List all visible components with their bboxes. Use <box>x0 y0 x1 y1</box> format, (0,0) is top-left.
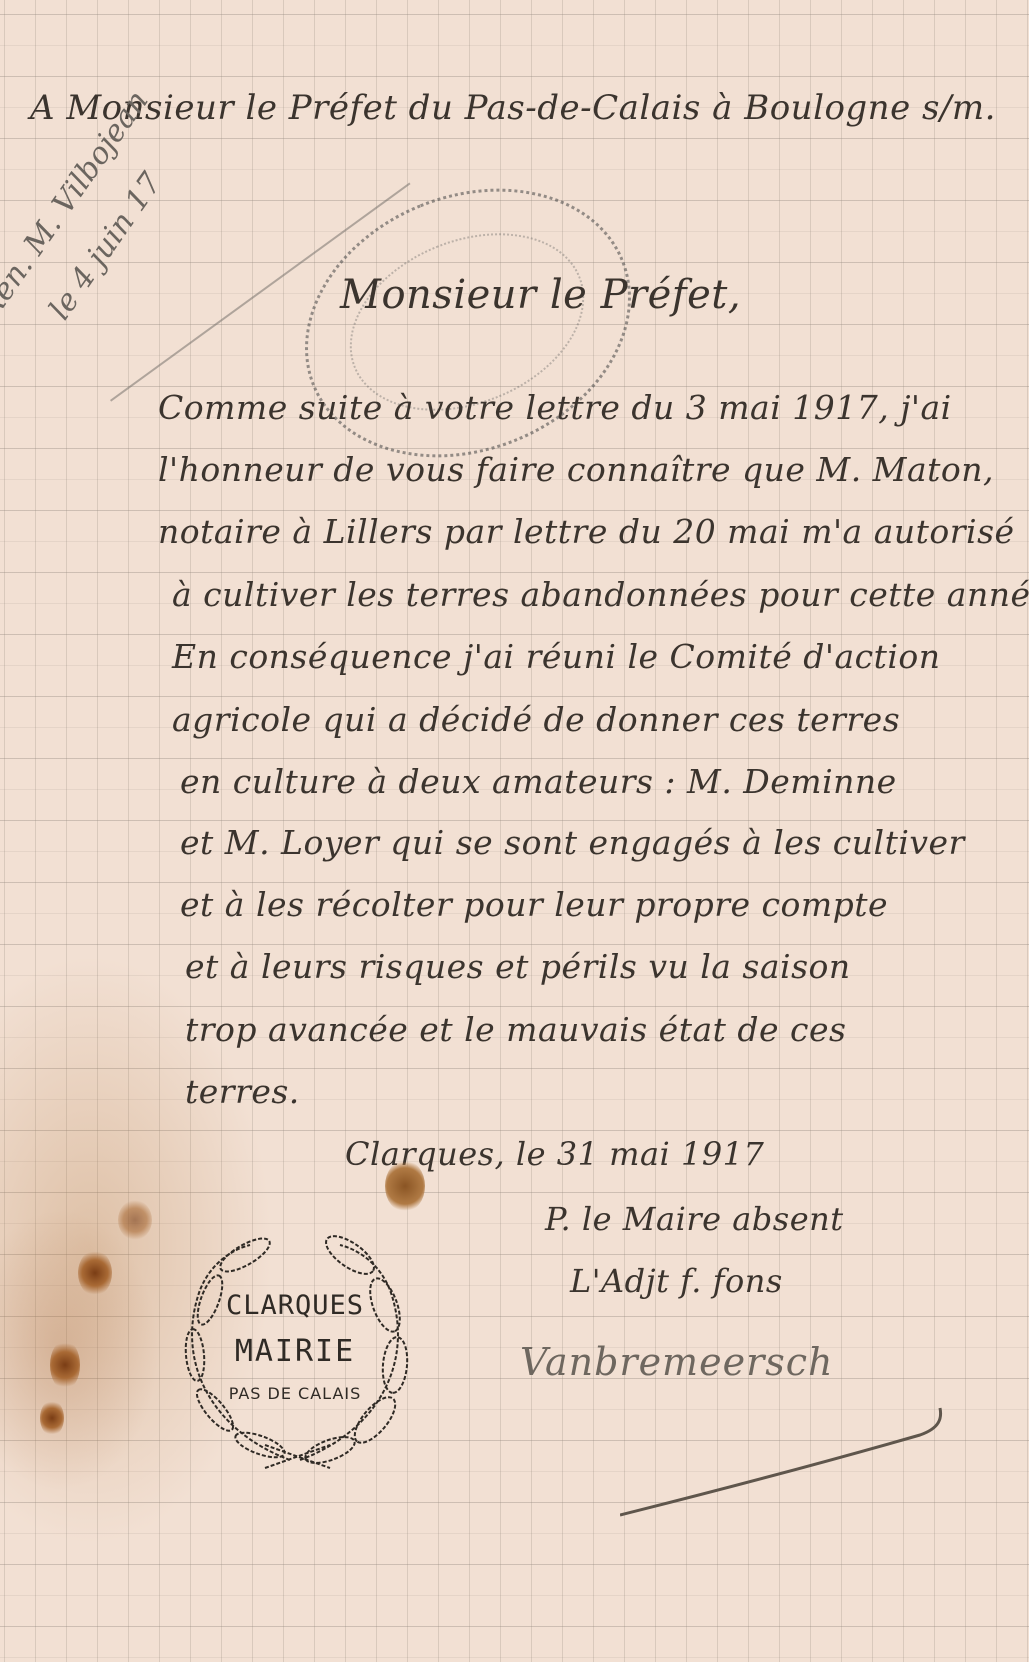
body-line: en culture à deux amateurs : M. Deminne <box>180 762 897 801</box>
body-line: et M. Loyer qui se sont engagés à les cu… <box>180 823 965 862</box>
rust-stain <box>78 1250 112 1296</box>
body-line: à cultiver les terres abandonnées pour c… <box>172 575 1029 614</box>
body-line: et à les récolter pour leur propre compt… <box>180 885 888 924</box>
ink-stain <box>385 1160 425 1212</box>
body-line: l'honneur de vous faire connaître que M.… <box>158 450 994 489</box>
signature-flourish <box>620 1400 950 1520</box>
signature: Vanbremeersch <box>520 1340 834 1384</box>
mairie-stamp: CLARQUES MAIRIE PAS DE CALAIS <box>170 1230 420 1470</box>
body-line: Comme suite à votre lettre du 3 mai 1917… <box>158 388 952 427</box>
stamp-mairie: MAIRIE <box>170 1334 420 1369</box>
body-line: En conséquence j'ai réuni le Comité d'ac… <box>172 637 941 676</box>
body-line: trop avancée et le mauvais état de ces <box>185 1010 846 1049</box>
body-line: notaire à Lillers par lettre du 20 mai m… <box>158 512 1015 551</box>
rust-stain <box>118 1200 152 1240</box>
body-line: terres. <box>185 1072 300 1111</box>
signature-block-line-2: L'Adjt f. fons <box>570 1262 783 1300</box>
signature-block-line-1: P. le Maire absent <box>545 1200 844 1238</box>
salutation: Monsieur le Préfet, <box>340 272 741 318</box>
rust-stain <box>40 1400 64 1436</box>
margin-note: Ren. M. Vilbojean le 4 juin 17 <box>0 29 316 414</box>
body-line: agricole qui a décidé de donner ces terr… <box>172 700 900 739</box>
stamp-department: PAS DE CALAIS <box>170 1384 420 1403</box>
rust-stain <box>50 1340 80 1390</box>
stamp-commune: CLARQUES <box>170 1290 420 1321</box>
body-line: et à leurs risques et périls vu la saiso… <box>185 947 851 986</box>
